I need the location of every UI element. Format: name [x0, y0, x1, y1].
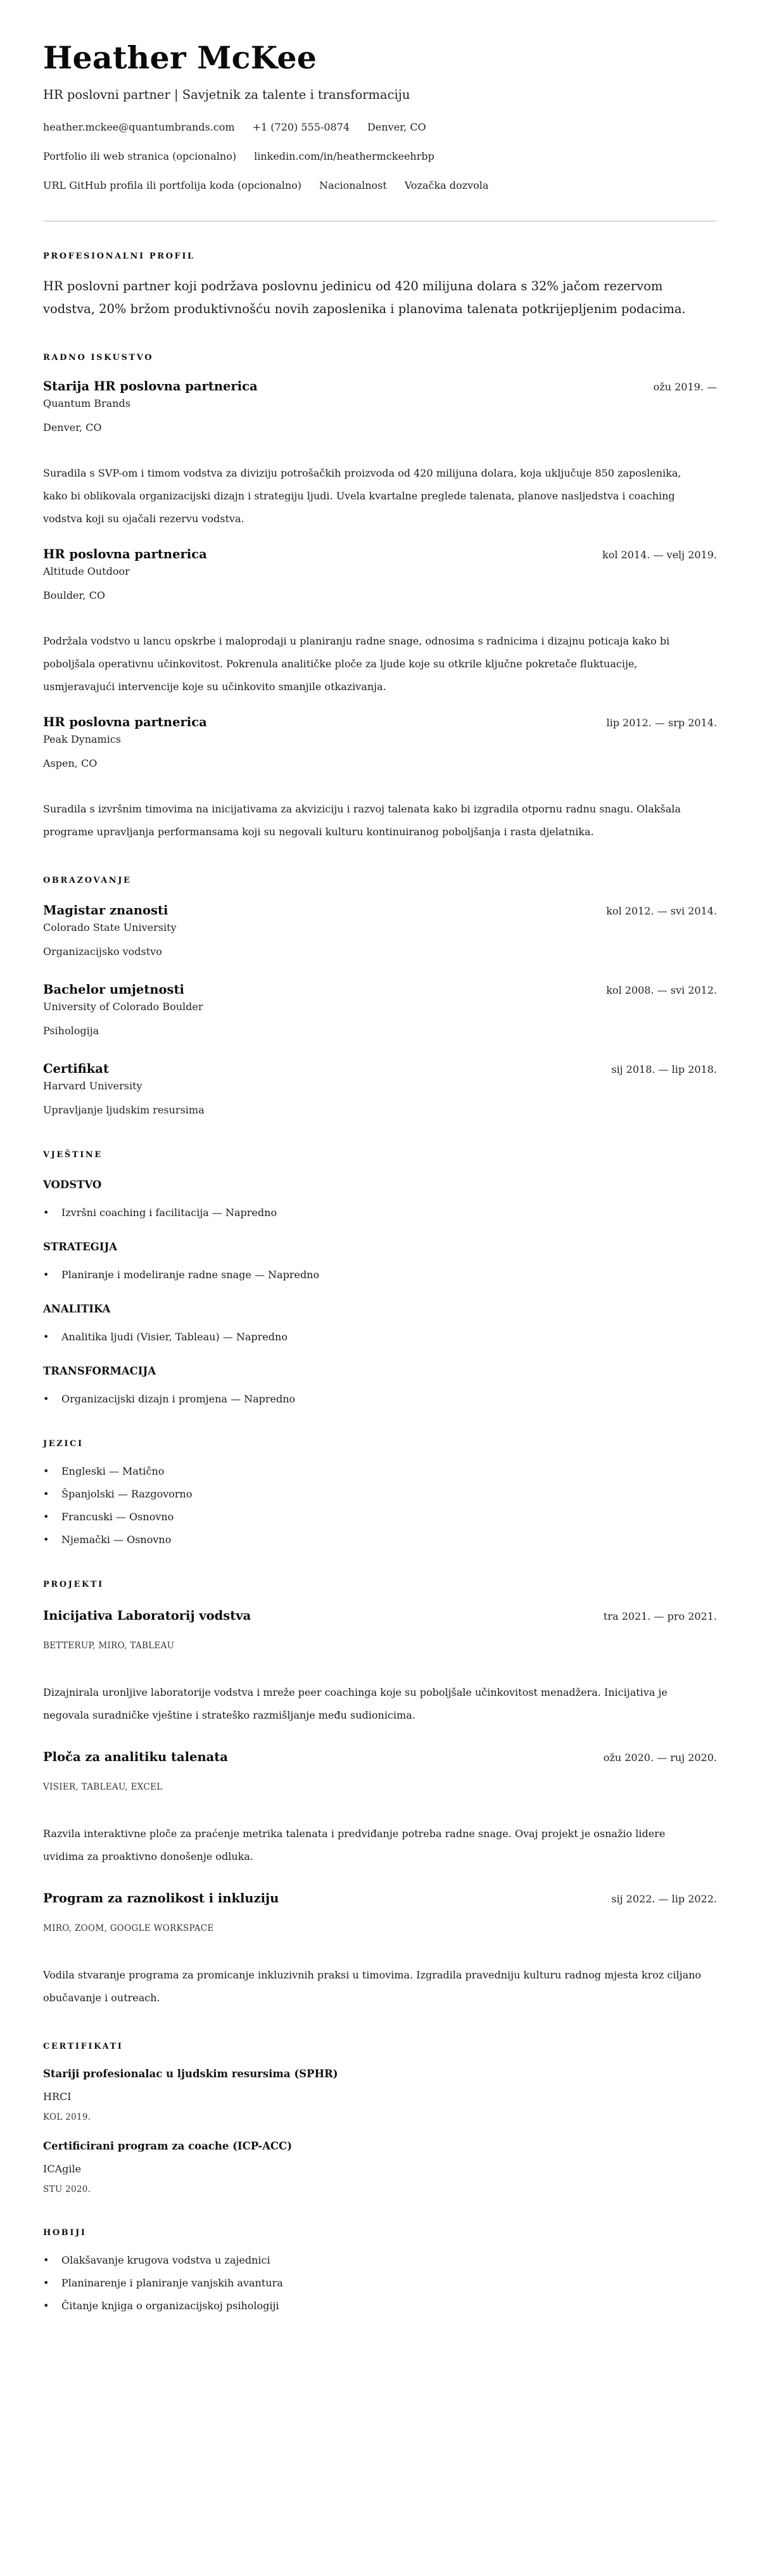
skill-item: Izvršni coaching i facilitacija — Napred… — [43, 1205, 717, 1221]
skill-category-title: ANALITIKA — [43, 1302, 717, 1317]
certificate-date: STU 2020. — [43, 2183, 717, 2196]
project-name: Inicijativa Laboratorij vodstva — [43, 1607, 251, 1625]
skill-item: Organizacijski dizajn i promjena — Napre… — [43, 1392, 717, 1407]
skill-list: Analitika ljudi (Visier, Tableau) — Napr… — [43, 1330, 717, 1345]
contact-portfolio[interactable]: Portfolio ili web stranica (opcionalno) — [43, 149, 236, 164]
project-description: Vodila stvaranje programa za promicanje … — [43, 1964, 717, 2009]
skill-category: TRANSFORMACIJA Organizacijski dizajn i p… — [43, 1364, 717, 1407]
contact-phone[interactable]: +1 (720) 555-0874 — [253, 120, 350, 135]
section-languages: JEZICI Engleski — Matično Španjolski — R… — [43, 1439, 717, 1548]
field-of-study: Organizacijsko vodstvo — [43, 944, 717, 959]
section-title: HOBIJI — [43, 2227, 717, 2239]
experience-entry: HR poslovna partnerica lip 2012. — srp 2… — [43, 714, 717, 843]
certificate-name: Certificirani program za coache (ICP-ACC… — [43, 2139, 717, 2154]
section-title: CERTIFIKATI — [43, 2041, 717, 2053]
section-experience: RADNO ISKUSTVO Starija HR poslovna partn… — [43, 352, 717, 843]
contact-row-extra: URL GitHub profila ili portfolija koda (… — [43, 178, 717, 193]
project-entry: Inicijativa Laboratorij vodstva tra 2021… — [43, 1607, 717, 1727]
section-title: OBRAZOVANJE — [43, 875, 717, 887]
skill-list: Planiranje i modeliranje radne snage — N… — [43, 1267, 717, 1283]
education-entry: Magistar znanosti kol 2012. — svi 2014. … — [43, 902, 717, 959]
job-dates: lip 2012. — srp 2014. — [606, 714, 717, 732]
project-dates: tra 2021. — pro 2021. — [604, 1608, 717, 1625]
degree-dates: kol 2008. — svi 2012. — [606, 982, 717, 999]
school-name: Colorado State University — [43, 920, 717, 935]
contact-github[interactable]: URL GitHub profila ili portfolija koda (… — [43, 178, 301, 193]
degree-title: Bachelor umjetnosti — [43, 981, 184, 999]
section-title: JEZICI — [43, 1439, 717, 1450]
job-location: Denver, CO — [43, 420, 717, 435]
experience-entry: HR poslovna partnerica kol 2014. — velj … — [43, 546, 717, 698]
section-education: OBRAZOVANJE Magistar znanosti kol 2012. … — [43, 875, 717, 1118]
certificate-name: Stariji profesionalac u ljudskim resursi… — [43, 2067, 717, 2082]
section-hobbies: HOBIJI Olakšavanje krugova vodstva u zaj… — [43, 2227, 717, 2314]
skill-item: Planiranje i modeliranje radne snage — N… — [43, 1267, 717, 1283]
job-dates: kol 2014. — velj 2019. — [602, 546, 717, 564]
section-title: PROFESIONALNI PROFIL — [43, 251, 717, 262]
section-title: RADNO ISKUSTVO — [43, 352, 717, 364]
job-title: Starija HR poslovna partnerica — [43, 378, 258, 395]
job-company: Quantum Brands — [43, 396, 717, 411]
section-skills: VJEŠTINE VODSTVO Izvršni coaching i faci… — [43, 1150, 717, 1407]
contact-row-links: Portfolio ili web stranica (opcionalno) … — [43, 149, 717, 164]
skill-category: ANALITIKA Analitika ljudi (Visier, Table… — [43, 1302, 717, 1345]
degree-dates: kol 2012. — svi 2014. — [606, 902, 717, 920]
job-description: Suradila s izvršnim timovima na inicijat… — [43, 798, 717, 843]
skill-list: Izvršni coaching i facilitacija — Napred… — [43, 1205, 717, 1221]
section-title: PROJEKTI — [43, 1579, 717, 1591]
job-company: Altitude Outdoor — [43, 564, 717, 579]
job-description: Suradila s SVP-om i timom vodstva za div… — [43, 462, 717, 530]
job-title: HR poslovna partnerica — [43, 546, 207, 563]
header-divider — [43, 221, 717, 222]
skill-category: VODSTVO Izvršni coaching i facilitacija … — [43, 1177, 717, 1221]
project-dates: ožu 2020. — ruj 2020. — [604, 1749, 717, 1767]
certificate-entry: Stariji profesionalac u ljudskim resursi… — [43, 2067, 717, 2124]
project-name: Ploča za analitiku talenata — [43, 1748, 228, 1766]
hobby-item: Čitanje knjiga o organizacijskoj psiholo… — [43, 2298, 717, 2314]
resume-header: Heather McKee HR poslovni partner | Savj… — [43, 38, 717, 193]
school-name: Harvard University — [43, 1079, 717, 1094]
hobby-item: Planinarenje i planiranje vanjskih avant… — [43, 2276, 717, 2291]
certificate-issuer: HRCI — [43, 2089, 717, 2105]
job-title: HR poslovna partnerica — [43, 714, 207, 731]
contact-linkedin[interactable]: linkedin.com/in/heathermckeehrbp — [254, 149, 434, 164]
project-entry: Program za raznolikost i inkluziju sij 2… — [43, 1890, 717, 2009]
project-dates: sij 2022. — lip 2022. — [611, 1890, 717, 1908]
degree-title: Certifikat — [43, 1060, 109, 1078]
skill-item: Analitika ljudi (Visier, Tableau) — Napr… — [43, 1330, 717, 1345]
certificate-issuer: ICAgile — [43, 2162, 717, 2177]
skill-category: STRATEGIJA Planiranje i modeliranje radn… — [43, 1240, 717, 1283]
language-item: Francuski — Osnovno — [43, 1509, 717, 1525]
hobby-list: Olakšavanje krugova vodstva u zajednici … — [43, 2253, 717, 2314]
candidate-name: Heather McKee — [43, 38, 717, 77]
skill-category-title: STRATEGIJA — [43, 1240, 717, 1255]
project-description: Razvila interaktivne ploče za praćenje m… — [43, 1823, 717, 1868]
degree-title: Magistar znanosti — [43, 902, 168, 920]
project-tech-stack: MIRO, ZOOM, GOOGLE WORKSPACE — [43, 1922, 717, 1935]
language-item: Njemački — Osnovno — [43, 1532, 717, 1548]
project-tech-stack: BETTERUP, MIRO, TABLEAU — [43, 1639, 717, 1652]
skill-category-title: VODSTVO — [43, 1177, 717, 1193]
certificate-date: KOL 2019. — [43, 2111, 717, 2124]
contact-email[interactable]: heather.mckee@quantumbrands.com — [43, 120, 235, 135]
section-certificates: CERTIFIKATI Stariji profesionalac u ljud… — [43, 2041, 717, 2196]
contact-location: Denver, CO — [367, 120, 426, 135]
degree-dates: sij 2018. — lip 2018. — [611, 1061, 717, 1079]
resume-page: Heather McKee HR poslovni partner | Savj… — [0, 0, 760, 2339]
education-entry: Certifikat sij 2018. — lip 2018. Harvard… — [43, 1060, 717, 1118]
skill-category-title: TRANSFORMACIJA — [43, 1364, 717, 1379]
section-title: VJEŠTINE — [43, 1150, 717, 1161]
contact-drivers-license: Vozačka dozvola — [405, 178, 489, 193]
contact-nationality: Nacionalnost — [319, 178, 387, 193]
language-item: Engleski — Matično — [43, 1464, 717, 1479]
field-of-study: Upravljanje ljudskim resursima — [43, 1103, 717, 1118]
job-dates: ožu 2019. — — [654, 378, 717, 396]
experience-entry: Starija HR poslovna partnerica ožu 2019.… — [43, 378, 717, 530]
project-description: Dizajnirala uronljive laboratorije vodst… — [43, 1681, 717, 1727]
job-description: Podržala vodstvo u lancu opskrbe i malop… — [43, 630, 717, 698]
candidate-headline: HR poslovni partner | Savjetnik za talen… — [43, 86, 717, 104]
school-name: University of Colorado Boulder — [43, 999, 717, 1015]
section-projects: PROJEKTI Inicijativa Laboratorij vodstva… — [43, 1579, 717, 2009]
job-location: Boulder, CO — [43, 588, 717, 603]
skill-list: Organizacijski dizajn i promjena — Napre… — [43, 1392, 717, 1407]
job-company: Peak Dynamics — [43, 732, 717, 747]
language-item: Španjolski — Razgovorno — [43, 1487, 717, 1502]
hobby-item: Olakšavanje krugova vodstva u zajednici — [43, 2253, 717, 2268]
project-entry: Ploča za analitiku talenata ožu 2020. — … — [43, 1748, 717, 1868]
job-location: Aspen, CO — [43, 756, 717, 771]
project-name: Program za raznolikost i inkluziju — [43, 1890, 279, 1907]
section-profile: PROFESIONALNI PROFIL HR poslovni partner… — [43, 251, 717, 321]
contact-row-primary: heather.mckee@quantumbrands.com +1 (720)… — [43, 120, 717, 135]
language-list: Engleski — Matično Španjolski — Razgovor… — [43, 1464, 717, 1548]
education-entry: Bachelor umjetnosti kol 2008. — svi 2012… — [43, 981, 717, 1039]
project-tech-stack: VISIER, TABLEAU, EXCEL — [43, 1781, 717, 1793]
field-of-study: Psihologija — [43, 1023, 717, 1039]
certificate-entry: Certificirani program za coache (ICP-ACC… — [43, 2139, 717, 2196]
profile-summary: HR poslovni partner koji podržava poslov… — [43, 275, 717, 321]
